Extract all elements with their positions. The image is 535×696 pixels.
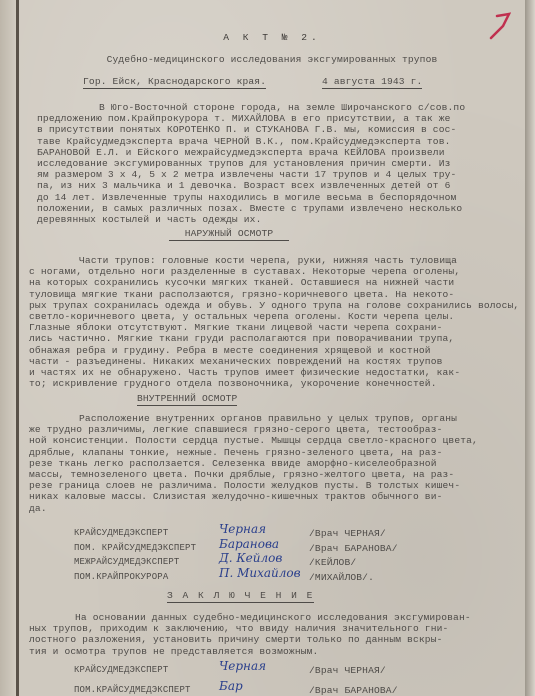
- document-title: А К Т № 2.: [19, 32, 525, 43]
- text-line: деревянных костылей и часть одежды их.: [37, 214, 261, 225]
- text-line: то; искривление грудного отдела позвоноч…: [29, 378, 437, 389]
- conclusion-heading: З А К Л Ю Ч Е Н И Е: [167, 590, 314, 603]
- signatory-name: /КЕЙЛОВ/: [309, 557, 356, 568]
- text-line: ной консистенции. Полости сердца пустые.…: [29, 435, 478, 446]
- signatory-name: /Врач ЧЕРНАЯ/: [309, 528, 386, 539]
- signatory-name: /Врач ЧЕРНАЯ/: [309, 665, 386, 676]
- signatory-name: /Врач БАРАНОВА/: [309, 543, 398, 554]
- text-line: до 14 лет. Извлеченные трупы находились …: [37, 192, 456, 203]
- handwritten-signature: Д. Кейлов: [219, 551, 282, 565]
- text-line: тия и осмотра трупов не представляется в…: [29, 646, 318, 657]
- signatory-title: ПОМ. КРАЙСУДМЕДЭКСПЕРТ: [74, 543, 196, 554]
- text-line: и частях их не обнаружено. Часть трупов …: [29, 367, 460, 378]
- text-line: же трудно различимы, легкие спавшиеся гр…: [29, 424, 443, 435]
- signatory-name: /Врач БАРАНОВА/: [309, 685, 398, 696]
- text-line: па, из них 3 мальчика и 1 девочка. Возра…: [37, 180, 451, 191]
- handwritten-signature: Черная: [219, 522, 266, 536]
- text-line: БАРАНОВОЙ Е.Л. и Ейского межрайсудмедэкс…: [37, 147, 445, 158]
- document-date: 4 августа 1943 г.: [322, 76, 422, 89]
- signatory-title: ПОМ.КРАЙСУДМЕДЭКСПЕРТ: [74, 685, 191, 696]
- text-line: На основании данных судебно-медицинского…: [75, 612, 471, 623]
- right-page-edge: [525, 0, 535, 696]
- document-place: Гор. Ейск, Краснодарского края.: [83, 76, 266, 89]
- external-exam-heading: НАРУЖНЫЙ ОСМОТР: [169, 228, 289, 241]
- handwritten-signature: Черная: [219, 659, 266, 673]
- text-line: ям размером 3 х 4, 5 х 2 метра извлечены…: [37, 169, 456, 180]
- text-line: рых трупах сохранилась одежда и обувь. У…: [29, 300, 519, 311]
- text-line: в присутствии понятых КОРОТЕНКО П. и СТУ…: [37, 124, 456, 135]
- document-subtitle: Судебно-медицинского исследования эксгум…: [19, 54, 525, 65]
- handwritten-signature: П. Михайлов: [219, 566, 301, 580]
- text-line: ных трупов, приходим к заключению, что в…: [29, 623, 448, 634]
- signatory-title: КРАЙСУДМЕДЭКСПЕРТ: [74, 528, 168, 539]
- handwritten-signature: Баранова: [219, 537, 279, 551]
- text-line: предложению пом.Крайпрокурора т. МИХАЙЛО…: [37, 113, 451, 124]
- text-line: на которых сохранились кусочки мягких тк…: [29, 277, 454, 288]
- left-page-edge: [0, 0, 16, 696]
- text-line: дряблые, клапаны тонкие, нежные. Печень …: [29, 447, 443, 458]
- signatory-title: ПОМ.КРАЙПРОКУРОРА: [74, 572, 168, 583]
- text-line: светло-коричневого цвета, у остальных че…: [29, 311, 454, 322]
- text-line: В Юго-Восточной стороне города, на земле…: [99, 102, 465, 113]
- handwritten-signature: Бар: [219, 679, 243, 693]
- text-line: лись частично. Мягкие ткани груди распол…: [29, 333, 454, 344]
- document-page: А К Т № 2. Судебно-медицинского исследов…: [19, 0, 525, 696]
- signatory-name: /МИХАЙЛОВ/.: [309, 572, 374, 583]
- text-line: резе граница слоев не различима. Полости…: [29, 480, 460, 491]
- signatory-title: КРАЙСУДМЕДЭКСПЕРТ: [74, 665, 168, 676]
- text-line: обнажая ребра и грудину. Ребра в месте с…: [29, 345, 431, 356]
- text-line: Части трупов: головные кости черепа, рук…: [79, 255, 457, 266]
- text-line: с ногами, отдельно ноги разделенные в су…: [29, 266, 460, 277]
- text-line: Глазные яблоки отсутствуют. Мягкие ткани…: [29, 322, 443, 333]
- text-line: исследование эксгумированных трупов для …: [37, 158, 451, 169]
- text-line: части - разъединены. Никаких механически…: [29, 356, 443, 367]
- text-line: да.: [29, 503, 47, 514]
- text-line: туловища мягкие ткани расползаются, гряз…: [29, 289, 454, 300]
- text-line: массы, темнозеленого цвета. Почки дряблы…: [29, 469, 454, 480]
- text-line: никах каловые массы. Слизистая желудочно…: [29, 491, 443, 502]
- text-line: резе ткань легко расползается. Селезенка…: [29, 458, 437, 469]
- text-line: положении, в самых различных позах. Вмес…: [37, 203, 462, 214]
- text-line: лостного разложения, установить причину …: [29, 634, 443, 645]
- signatory-title: МЕЖРАЙСУДМЕДЭКСПЕРТ: [74, 557, 179, 568]
- internal-exam-heading: ВНУТРЕННИЙ ОСМОТР: [137, 393, 237, 406]
- text-line: Расположение внутренних органов правильн…: [79, 413, 457, 424]
- text-line: таве Крайсудмедэксперта врача ЧЕРНОЙ В.К…: [37, 136, 451, 147]
